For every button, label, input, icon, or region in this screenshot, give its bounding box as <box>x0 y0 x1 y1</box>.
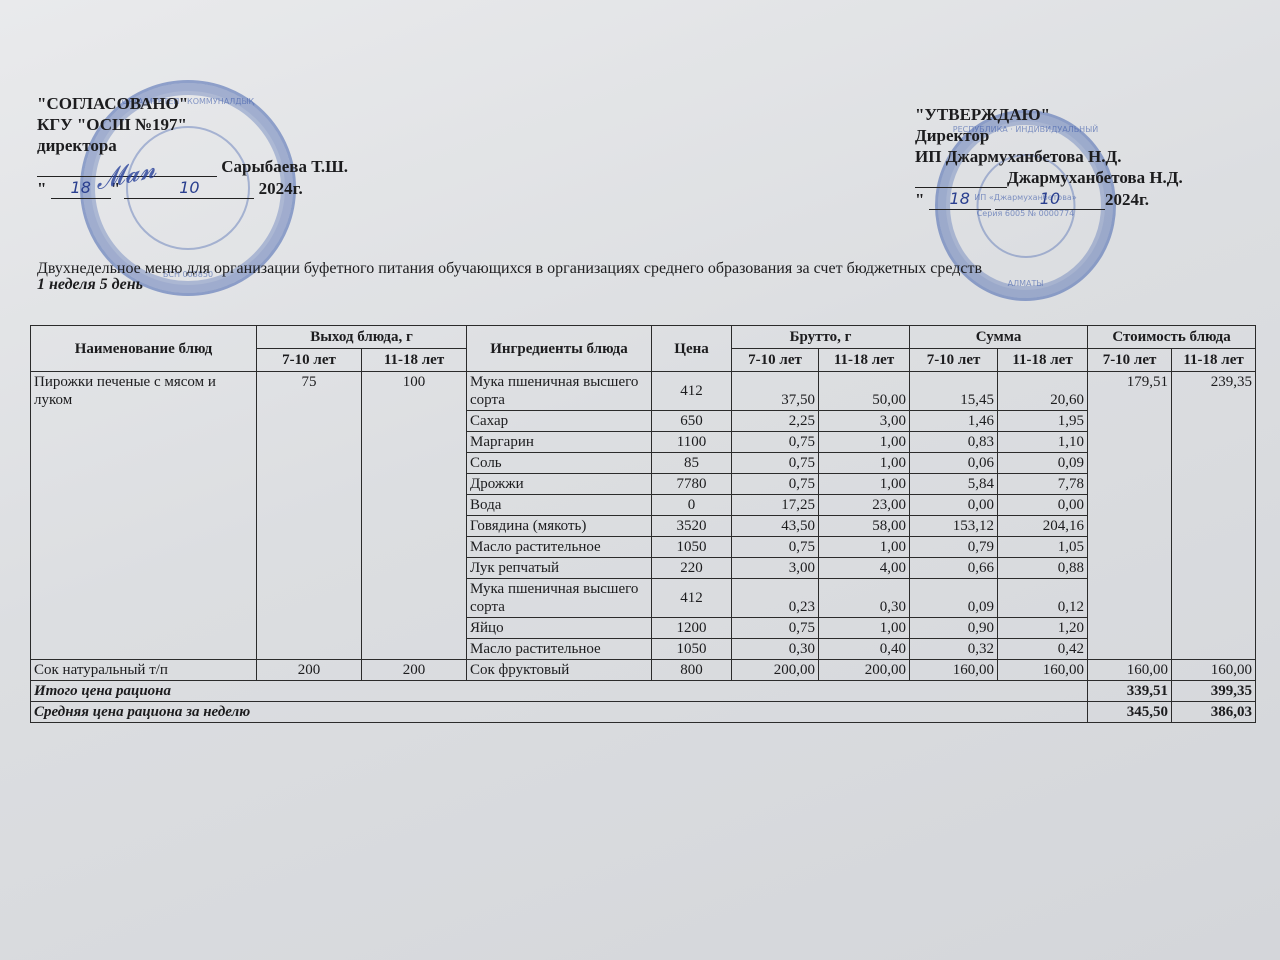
ingredient-price: 0 <box>652 495 732 516</box>
gross-11-18: 1,00 <box>819 453 910 474</box>
dish-name: Сок натуральный т/п <box>31 660 257 681</box>
header-yield: Выход блюда, г <box>257 326 467 349</box>
approved-signatory: Джармуханбетова Н.Д. <box>1007 168 1183 187</box>
gross-7-10: 0,75 <box>732 618 819 639</box>
sum-11-18: 0,09 <box>998 453 1088 474</box>
sum-11-18: 1,20 <box>998 618 1088 639</box>
date-day: 18 <box>929 188 991 210</box>
table-header-row: Наименование блюд Выход блюда, г Ингреди… <box>31 326 1256 349</box>
sum-7-10: 160,00 <box>910 660 998 681</box>
total-7-10: 345,50 <box>1088 702 1172 723</box>
ingredient-price: 3520 <box>652 516 732 537</box>
ingredient-name: Яйцо <box>467 618 652 639</box>
yield-11-18: 100 <box>362 372 467 660</box>
subheader-age-11-18: 11-18 лет <box>819 349 910 372</box>
ingredient-name: Вода <box>467 495 652 516</box>
agreed-heading: "СОГЛАСОВАНО" <box>37 93 348 114</box>
sum-11-18: 0,00 <box>998 495 1088 516</box>
gross-7-10: 43,50 <box>732 516 819 537</box>
ingredient-price: 800 <box>652 660 732 681</box>
approval-block-approved: "УТВЕРЖДАЮ" Директор ИП Джармуханбетова … <box>915 104 1183 210</box>
gross-7-10: 2,25 <box>732 411 819 432</box>
stamp-text-series: Серия 6005 № 0000774 <box>938 209 1113 218</box>
gross-11-18: 200,00 <box>819 660 910 681</box>
date-quote: " <box>37 179 46 198</box>
agreed-position: директора <box>37 135 348 156</box>
gross-11-18: 0,30 <box>819 579 910 618</box>
sum-7-10: 0,00 <box>910 495 998 516</box>
approval-block-agreed: "СОГЛАСОВАНО" КГУ "ОСШ №197" директора С… <box>37 93 348 199</box>
dish-cost-11-18: 239,35 <box>1172 372 1256 660</box>
header-dish-name: Наименование блюд <box>31 326 257 372</box>
subheader-age-7-10: 7-10 лет <box>1088 349 1172 372</box>
gross-7-10: 200,00 <box>732 660 819 681</box>
dish-cost-11-18: 160,00 <box>1172 660 1256 681</box>
subheader-age-7-10: 7-10 лет <box>257 349 362 372</box>
total-7-10: 339,51 <box>1088 681 1172 702</box>
gross-11-18: 1,00 <box>819 537 910 558</box>
sum-7-10: 0,79 <box>910 537 998 558</box>
gross-11-18: 4,00 <box>819 558 910 579</box>
document-subtitle: 1 неделя 5 день <box>37 276 143 294</box>
stamp-text-bottom: АЛМАТЫ <box>938 279 1113 288</box>
ingredient-name: Мука пшеничная высшего сорта <box>467 579 652 618</box>
yield-7-10: 75 <box>257 372 362 660</box>
gross-7-10: 37,50 <box>732 372 819 411</box>
total-11-18: 399,35 <box>1172 681 1256 702</box>
approved-organization: ИП Джармуханбетова Н.Д. <box>915 146 1183 167</box>
ingredient-name: Сахар <box>467 411 652 432</box>
sum-11-18: 0,88 <box>998 558 1088 579</box>
document-title: Двухнедельное меню для организации буфет… <box>37 260 982 278</box>
agreed-organization: КГУ "ОСШ №197" <box>37 114 348 135</box>
ingredient-price: 412 <box>652 579 732 618</box>
gross-7-10: 0,75 <box>732 453 819 474</box>
ingredient-price: 1200 <box>652 618 732 639</box>
total-row: Средняя цена рациона за неделю345,50386,… <box>31 702 1256 723</box>
gross-7-10: 3,00 <box>732 558 819 579</box>
subheader-age-7-10: 7-10 лет <box>910 349 998 372</box>
gross-7-10: 0,75 <box>732 537 819 558</box>
sum-7-10: 0,66 <box>910 558 998 579</box>
total-label: Средняя цена рациона за неделю <box>31 702 1088 723</box>
date-year: 2024г. <box>1105 190 1149 209</box>
gross-11-18: 3,00 <box>819 411 910 432</box>
header-ingredients: Ингредиенты блюда <box>467 326 652 372</box>
agreed-signature-line: Сарыбаева Т.Ш. <box>37 156 348 177</box>
sum-7-10: 0,32 <box>910 639 998 660</box>
ingredient-name: Масло растительное <box>467 537 652 558</box>
dish-cost-7-10: 160,00 <box>1088 660 1172 681</box>
sum-11-18: 0,12 <box>998 579 1088 618</box>
sum-7-10: 0,83 <box>910 432 998 453</box>
sum-7-10: 15,45 <box>910 372 998 411</box>
subheader-age-11-18: 11-18 лет <box>998 349 1088 372</box>
total-label: Итого цена рациона <box>31 681 1088 702</box>
sum-7-10: 0,09 <box>910 579 998 618</box>
gross-7-10: 0,75 <box>732 432 819 453</box>
ingredient-price: 1050 <box>652 639 732 660</box>
sum-11-18: 1,05 <box>998 537 1088 558</box>
sum-7-10: 1,46 <box>910 411 998 432</box>
agreed-date-line: " 18" 10 2024г. <box>37 177 348 199</box>
sum-7-10: 5,84 <box>910 474 998 495</box>
approved-signature-line: Джармуханбетова Н.Д. <box>915 167 1183 188</box>
ingredient-name: Маргарин <box>467 432 652 453</box>
header-price: Цена <box>652 326 732 372</box>
gross-11-18: 1,00 <box>819 474 910 495</box>
dish-cost-7-10: 179,51 <box>1088 372 1172 660</box>
date-year: 2024г. <box>259 179 303 198</box>
subheader-age-11-18: 11-18 лет <box>362 349 467 372</box>
gross-11-18: 1,00 <box>819 618 910 639</box>
ingredient-name: Мука пшеничная высшего сорта <box>467 372 652 411</box>
header-gross: Брутто, г <box>732 326 910 349</box>
total-11-18: 386,03 <box>1172 702 1256 723</box>
ingredient-price: 7780 <box>652 474 732 495</box>
ingredient-price: 412 <box>652 372 732 411</box>
ingredient-price: 1050 <box>652 537 732 558</box>
ingredient-name: Сок фруктовый <box>467 660 652 681</box>
ingredient-price: 85 <box>652 453 732 474</box>
approved-position: Директор <box>915 125 1183 146</box>
gross-11-18: 0,40 <box>819 639 910 660</box>
sum-11-18: 204,16 <box>998 516 1088 537</box>
subheader-age-7-10: 7-10 лет <box>732 349 819 372</box>
ingredient-name: Масло растительное <box>467 639 652 660</box>
ingredient-name: Дрожжи <box>467 474 652 495</box>
approved-heading: "УТВЕРЖДАЮ" <box>915 104 1183 125</box>
menu-table: Наименование блюд Выход блюда, г Ингреди… <box>30 325 1256 723</box>
ingredient-price: 220 <box>652 558 732 579</box>
gross-11-18: 23,00 <box>819 495 910 516</box>
sum-11-18: 7,78 <box>998 474 1088 495</box>
yield-7-10: 200 <box>257 660 362 681</box>
gross-11-18: 50,00 <box>819 372 910 411</box>
gross-7-10: 0,23 <box>732 579 819 618</box>
gross-7-10: 0,30 <box>732 639 819 660</box>
sum-7-10: 0,90 <box>910 618 998 639</box>
gross-11-18: 1,00 <box>819 432 910 453</box>
sum-11-18: 1,10 <box>998 432 1088 453</box>
dish-name: Пирожки печеные с мясом и луком <box>31 372 257 660</box>
gross-11-18: 58,00 <box>819 516 910 537</box>
table-row: Сок натуральный т/п200200Сок фруктовый80… <box>31 660 1256 681</box>
gross-7-10: 0,75 <box>732 474 819 495</box>
sum-11-18: 160,00 <box>998 660 1088 681</box>
yield-11-18: 200 <box>362 660 467 681</box>
date-quote: " <box>915 190 924 209</box>
ingredient-price: 650 <box>652 411 732 432</box>
sum-11-18: 20,60 <box>998 372 1088 411</box>
date-month: 10 <box>995 188 1105 210</box>
header-sum: Сумма <box>910 326 1088 349</box>
subheader-age-11-18: 11-18 лет <box>1172 349 1256 372</box>
ingredient-name: Соль <box>467 453 652 474</box>
sum-7-10: 153,12 <box>910 516 998 537</box>
sum-7-10: 0,06 <box>910 453 998 474</box>
ingredient-name: Лук репчатый <box>467 558 652 579</box>
ingredient-price: 1100 <box>652 432 732 453</box>
ingredient-name: Говядина (мякоть) <box>467 516 652 537</box>
header-dish-cost: Стоимость блюда <box>1088 326 1256 349</box>
sum-11-18: 0,42 <box>998 639 1088 660</box>
gross-7-10: 17,25 <box>732 495 819 516</box>
approved-date-line: " 18 102024г. <box>915 188 1183 210</box>
total-row: Итого цена рациона339,51399,35 <box>31 681 1256 702</box>
sum-11-18: 1,95 <box>998 411 1088 432</box>
table-row: Пирожки печеные с мясом и луком75100Мука… <box>31 372 1256 411</box>
agreed-signatory: Сарыбаева Т.Ш. <box>221 157 348 176</box>
